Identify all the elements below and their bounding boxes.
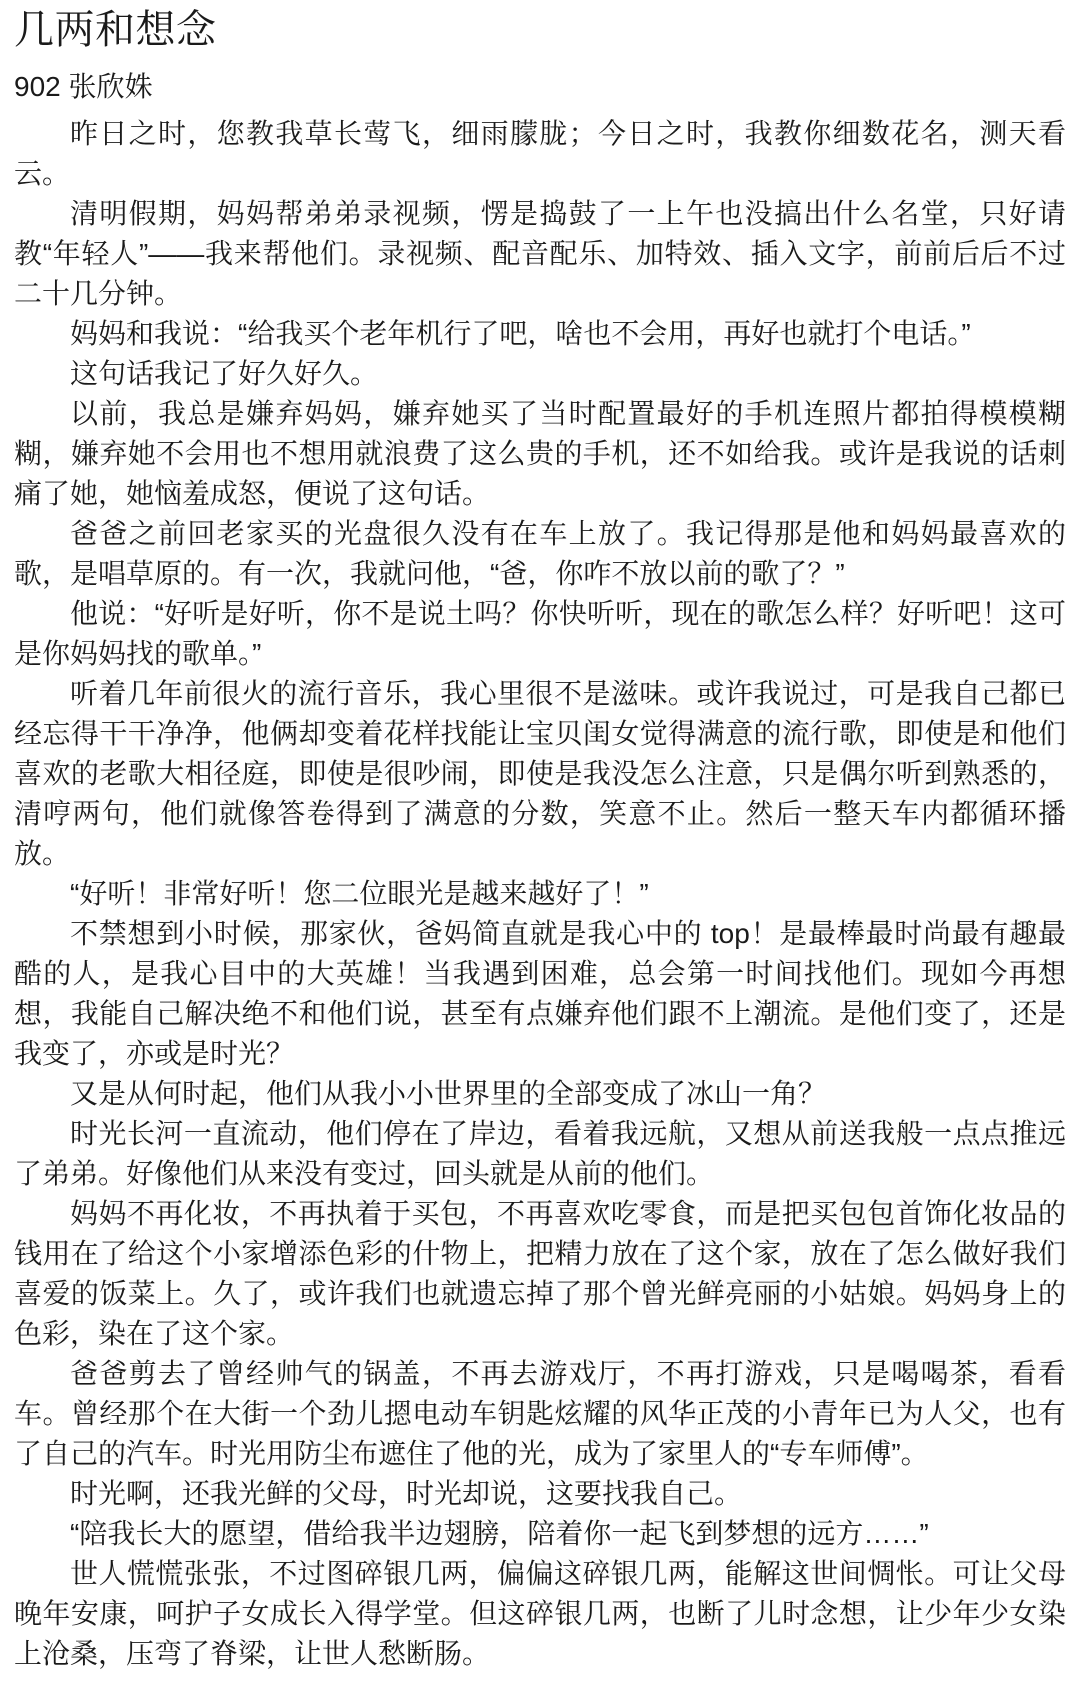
- paragraph: 世人慌慌张张，不过图碎银几两，偏偏这碎银几两，能解这世间惆怅。可让父母晚年安康，…: [14, 1554, 1066, 1674]
- paragraph: 时光啊，还我光鲜的父母，时光却说，这要找我自己。: [14, 1474, 1066, 1514]
- paragraph: 爸爸剪去了曾经帅气的锅盖，不再去游戏厅，不再打游戏，只是喝喝茶，看看车。曾经那个…: [14, 1354, 1066, 1474]
- paragraph: 爸爸之前回老家买的光盘很久没有在车上放了。我记得那是他和妈妈最喜欢的歌，是唱草原…: [14, 514, 1066, 594]
- paragraph: 以前，我总是嫌弃妈妈，嫌弃她买了当时配置最好的手机连照片都拍得模模糊糊，嫌弃她不…: [14, 394, 1066, 514]
- paragraph: 他说：“好听是好听，你不是说土吗？你快听听，现在的歌怎么样？好听吧！这可是你妈妈…: [14, 594, 1066, 674]
- paragraph: “陪我长大的愿望，借给我半边翅膀，陪着你一起飞到梦想的远方……”: [14, 1514, 1066, 1554]
- paragraph: “好听！非常好听！您二位眼光是越来越好了！”: [14, 874, 1066, 914]
- essay-title: 几两和想念: [14, 10, 1066, 50]
- paragraph: 不禁想到小时候，那家伙，爸妈简直就是我心中的 top！是最棒最时尚最有趣最酷的人…: [14, 914, 1066, 1074]
- paragraph: 妈妈不再化妆，不再执着于买包，不再喜欢吃零食，而是把买包包首饰化妆品的钱用在了给…: [14, 1194, 1066, 1354]
- paragraph: 昨日之时，您教我草长莺飞，细雨朦胧；今日之时，我教你细数花名，测天看云。: [14, 114, 1066, 194]
- essay-page: 几两和想念 902 张欣姝 昨日之时，您教我草长莺飞，细雨朦胧；今日之时，我教你…: [0, 0, 1080, 1694]
- paragraph: 又是从何时起，他们从我小小世界里的全部变成了冰山一角？: [14, 1074, 1066, 1114]
- paragraph: 妈妈和我说：“给我买个老年机行了吧，啥也不会用，再好也就打个电话。”: [14, 314, 1066, 354]
- paragraph: 清明假期，妈妈帮弟弟录视频，愣是捣鼓了一上午也没搞出什么名堂，只好请教“年轻人”…: [14, 194, 1066, 314]
- paragraph: 听着几年前很火的流行音乐，我心里很不是滋味。或许我说过，可是我自己都已经忘得干干…: [14, 674, 1066, 874]
- paragraph: 这句话我记了好久好久。: [14, 354, 1066, 394]
- essay-body: 昨日之时，您教我草长莺飞，细雨朦胧；今日之时，我教你细数花名，测天看云。 清明假…: [14, 114, 1066, 1674]
- essay-byline: 902 张欣姝: [14, 73, 1066, 101]
- paragraph: 时光长河一直流动，他们停在了岸边，看着我远航，又想从前送我般一点点推远了弟弟。好…: [14, 1114, 1066, 1194]
